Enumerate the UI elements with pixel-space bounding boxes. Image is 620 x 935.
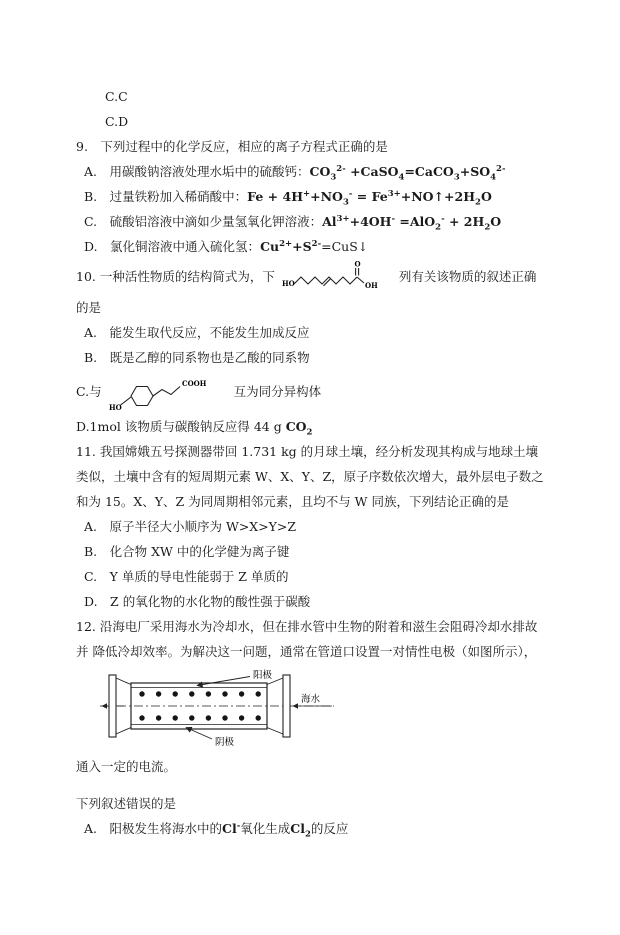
q10-option-c-row: C.与 HO COOH 互为同分异构体 [60, 370, 572, 414]
carbon-chain-bond [294, 277, 357, 284]
cooh-label: COOH [182, 379, 207, 388]
cathode-label: 阴极 [215, 736, 235, 748]
electrode-dot [173, 691, 178, 696]
anode-leader-line [197, 677, 250, 686]
q12-stem-line2: 并 降低冷却效率。为解决这一问题，通常在管道口设置一对情性电极（如图所示）， [60, 639, 572, 664]
electrode-dot [222, 715, 227, 720]
q9-option-c: C. 硫酸铝溶液中滴如少量氢氧化钾溶液：Al3++4OH- =AlO2- + 2… [60, 209, 572, 234]
q10-option-d: D.1mol 该物质与碳酸钠反应得 44 g CO2 [60, 414, 572, 439]
q12-stem-cont: 通入一定的电流。 [60, 754, 572, 779]
q10-stem-post: 列有关该物质的叙述正确 [399, 259, 537, 295]
answer-line-cd: C.D [60, 109, 572, 134]
q11-option-a: A. 原子半径大小顺序为 W>X>Y>Z [60, 514, 572, 539]
cathode-dots [139, 715, 261, 720]
flange-right [283, 675, 290, 737]
q12-stem-line1: 12. 沿海电厂采用海水为冷却水，但在排水管中生物的附着和滋生会阻碍冷却水排故 [60, 614, 572, 639]
cone-left-top [116, 678, 131, 685]
q10-stem-cont: 的是 [60, 295, 572, 320]
q10-option-c-post: 互为同分异构体 [234, 370, 322, 414]
electrode-dot [239, 691, 244, 696]
ho-ring-bond [120, 397, 131, 406]
electrode-dot [189, 715, 194, 720]
electrode-dot [156, 715, 161, 720]
document-content: C.C C.D 9. 下列过程中的化学反应，相应的离子方程式正确的是 A. 用碳… [60, 84, 572, 841]
electrode-dot [206, 715, 211, 720]
seawater-label: 海水 [301, 693, 321, 705]
q9-stem: 9. 下列过程中的化学反应，相应的离子方程式正确的是 [60, 134, 572, 159]
exam-page: C.C C.D 9. 下列过程中的化学反应，相应的离子方程式正确的是 A. 用碳… [0, 0, 620, 935]
molecule-structure-ring: HO COOH [108, 370, 228, 414]
electrode-dot [189, 691, 194, 696]
q9-option-a: A. 用碳酸钠溶液处理水垢中的硫酸钙：CO32- +CaSO4=CaCO3+SO… [60, 159, 572, 184]
flange-left [109, 675, 116, 737]
hydroxyl-label: HO [109, 403, 122, 412]
electrode-dot [156, 691, 161, 696]
carbonyl-o-label: O [354, 260, 360, 269]
electrolysis-pipe-diagram: 阳极 阴极 海水 [94, 666, 339, 751]
q10-stem-pre: 10. 一种活性物质的结构简式为，下 [60, 259, 275, 295]
q9-option-d: D. 氯化铜溶液中通入硫化氢：Cu2++S2-=CuS↓ [60, 234, 572, 259]
q12-option-a: A. 阳极发生将海水中的Cl-氧化生成Cl2的反应 [60, 816, 572, 841]
acid-oh-label: OH [365, 281, 378, 290]
q11-stem-line3: 和为 15。X、Y、Z 为同周期相邻元素，且均不与 W 同族，下列结论正确的是 [60, 489, 572, 514]
q11-stem-line2: 类似，土壤中含有的短周期元素 W、X、Y、Z，原子序数依次增大，最外层电子数之 [60, 464, 572, 489]
q10-stem-row: 10. 一种活性物质的结构简式为，下 HO O OH 列有关该物质的叙述正确 [60, 259, 572, 295]
cone-left-bottom [116, 728, 131, 735]
hydroxyl-label: HO [282, 279, 295, 288]
electrode-dot [173, 715, 178, 720]
q10-option-a: A. 能发生取代反应，不能发生加成反应 [60, 320, 572, 345]
electrode-dot [256, 715, 261, 720]
anode-label: 阳极 [253, 669, 273, 681]
q11-option-d: D. Z 的氧化物的水化物的酸性强于碳酸 [60, 589, 572, 614]
q11-option-b: B. 化合物 XW 中的化学健为离子键 [60, 539, 572, 564]
side-chain-bond [153, 387, 180, 397]
electrode-dot [139, 715, 144, 720]
anode-dots [139, 691, 261, 696]
q11-stem-line1: 11. 我国嫦娥五号探测器带回 1.731 kg 的月球土壤，经分析发现其构成与… [60, 439, 572, 464]
q12-stem-line3: 下列叙述错误的是 [60, 791, 572, 816]
q10-option-c-pre: C.与 [76, 370, 102, 414]
cone-right-bottom [267, 728, 283, 735]
answer-line-cc: C.C [60, 84, 572, 109]
c-oh-bond [357, 277, 364, 283]
electrode-dot [256, 691, 261, 696]
electrode-dot [139, 691, 144, 696]
q9-option-b: B. 过量铁粉加入稀硝酸中：Fe + 4H++NO3- = Fe3++NO↑+2… [60, 184, 572, 209]
electrode-dot [239, 715, 244, 720]
molecule-structure-chain: HO O OH [281, 260, 393, 294]
cyclohexane-ring [131, 387, 153, 406]
double-bond-line [323, 279, 330, 286]
q10-option-b: B. 既是乙醇的同系物也是乙酸的同系物 [60, 345, 572, 370]
electrode-dot [206, 691, 211, 696]
q11-option-c: C. Y 单质的导电性能弱于 Z 单质的 [60, 564, 572, 589]
electrode-dot [222, 691, 227, 696]
